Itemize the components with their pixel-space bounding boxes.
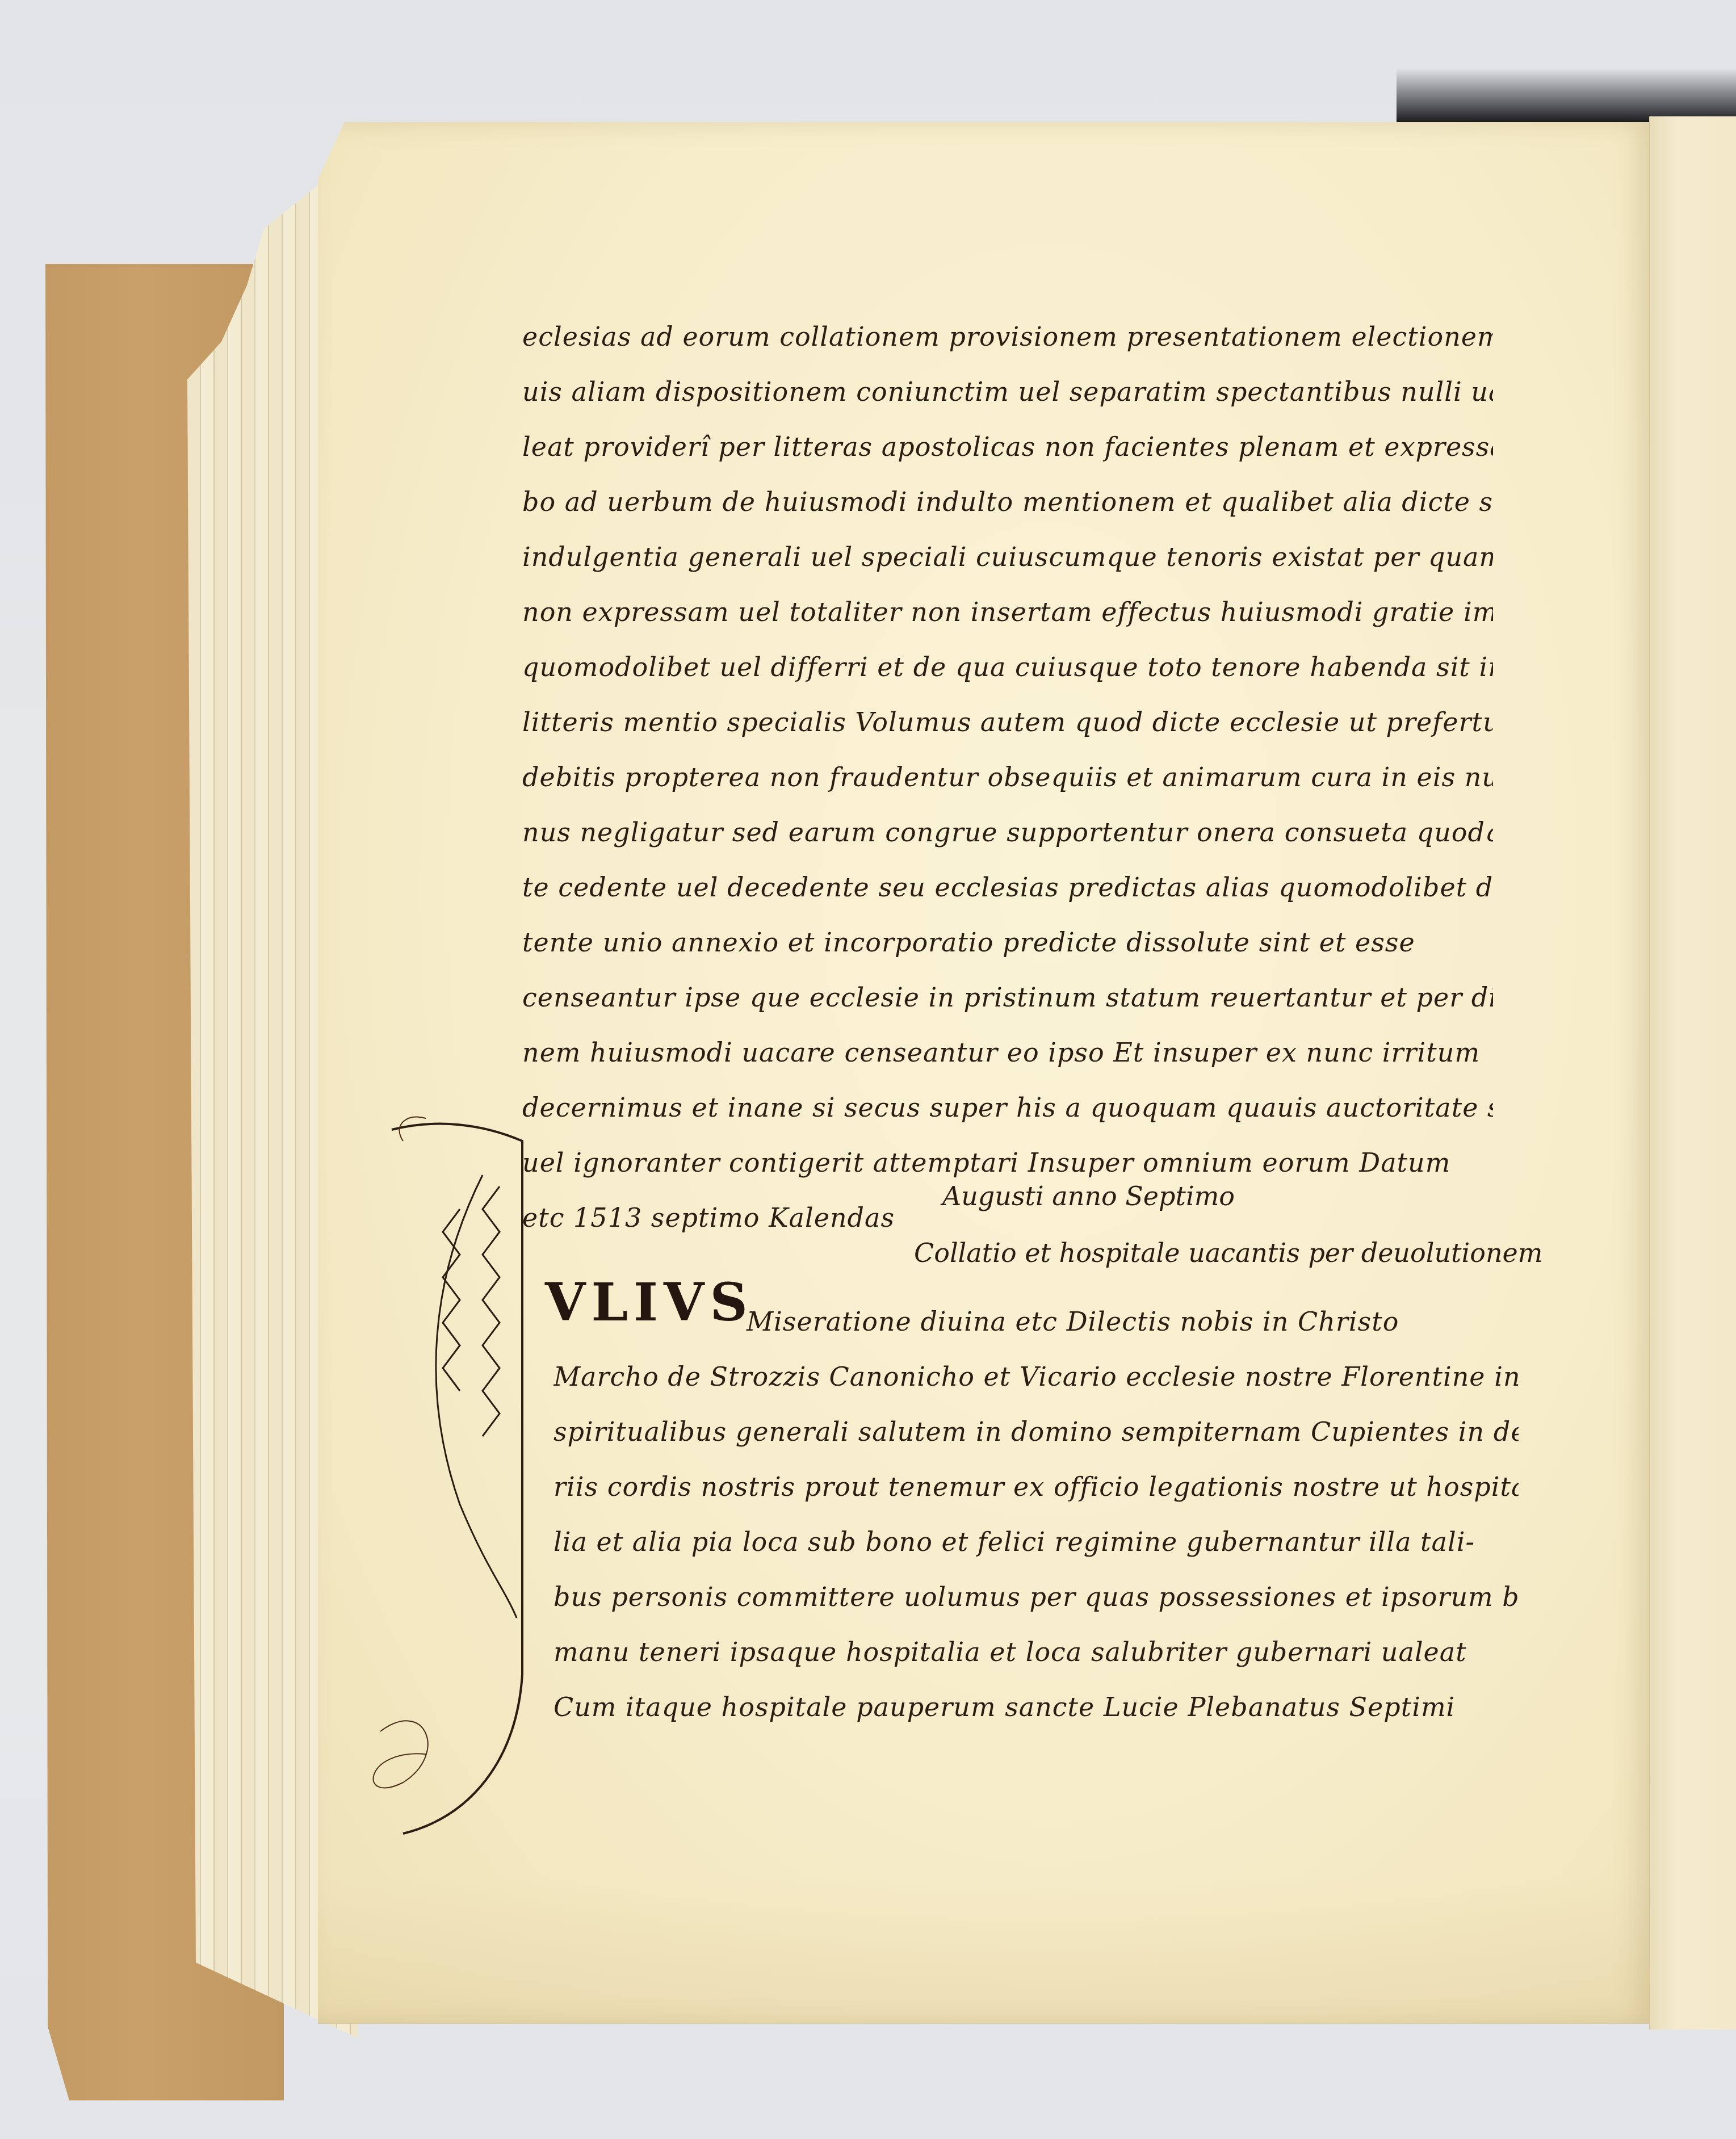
text-line: debitis propterea non fraudentur obsequi… [522, 750, 1493, 805]
decorated-initial-icon [369, 1107, 539, 1845]
text-line: nus negligatur sed earum congrue support… [522, 805, 1493, 860]
section-rubric: Collatio et hospitale uacantis per deuol… [914, 1238, 1542, 1268]
text-line: spiritualibus generali salutem in domino… [553, 1404, 1519, 1459]
text-line: Cum itaque hospitale pauperum sancte Luc… [553, 1680, 1519, 1735]
text-line: eclesias ad eorum collationem provisione… [522, 309, 1493, 364]
text-line: non expressam uel totaliter non insertam… [522, 585, 1493, 640]
text-line: uis aliam dispositionem coniunctim uel s… [522, 364, 1493, 420]
text-line: censeantur ipse que ecclesie in pristinu… [522, 970, 1493, 1025]
date-tail: Augusti anno Septimo [942, 1181, 1235, 1211]
text-line: bus personis committere uolumus per quas… [553, 1570, 1519, 1625]
text-line: Marcho de Strozzis Canonicho et Vicario … [553, 1349, 1519, 1404]
text-line: leat providerî per litteras apostolicas … [522, 420, 1493, 475]
text-line: manu teneri ipsaque hospitalia et loca s… [553, 1625, 1519, 1680]
text-line: indulgentia generali uel speciali cuiusc… [522, 530, 1493, 585]
text-line: Miseratione diuina etc Dilectis nobis in… [553, 1294, 1519, 1349]
text-line: quomodolibet uel differri et de qua cuiu… [522, 640, 1493, 695]
facing-page [1649, 116, 1736, 2029]
text-line: bo ad uerbum de huiusmodi indulto mentio… [522, 475, 1493, 530]
paragraph-2: Miseratione diuina etc Dilectis nobis in… [553, 1294, 1519, 1735]
text-line: tente unio annexio et incorporatio predi… [522, 915, 1493, 970]
paragraph-1: eclesias ad eorum collationem provisione… [522, 309, 1493, 1245]
text-line: lia et alia pia loca sub bono et felici … [553, 1515, 1519, 1570]
text-line: decernimus et inane si secus super his a… [522, 1080, 1493, 1135]
text-line: litteris mentio specialis Volumus autem … [522, 695, 1493, 750]
text-line: te cedente uel decedente seu ecclesias p… [522, 860, 1493, 915]
text-line: riis cordis nostris prout tenemur ex off… [553, 1459, 1519, 1515]
text-line: nem huiusmodi uacare censeantur eo ipso … [522, 1025, 1493, 1080]
binding-shadow [1397, 68, 1736, 122]
